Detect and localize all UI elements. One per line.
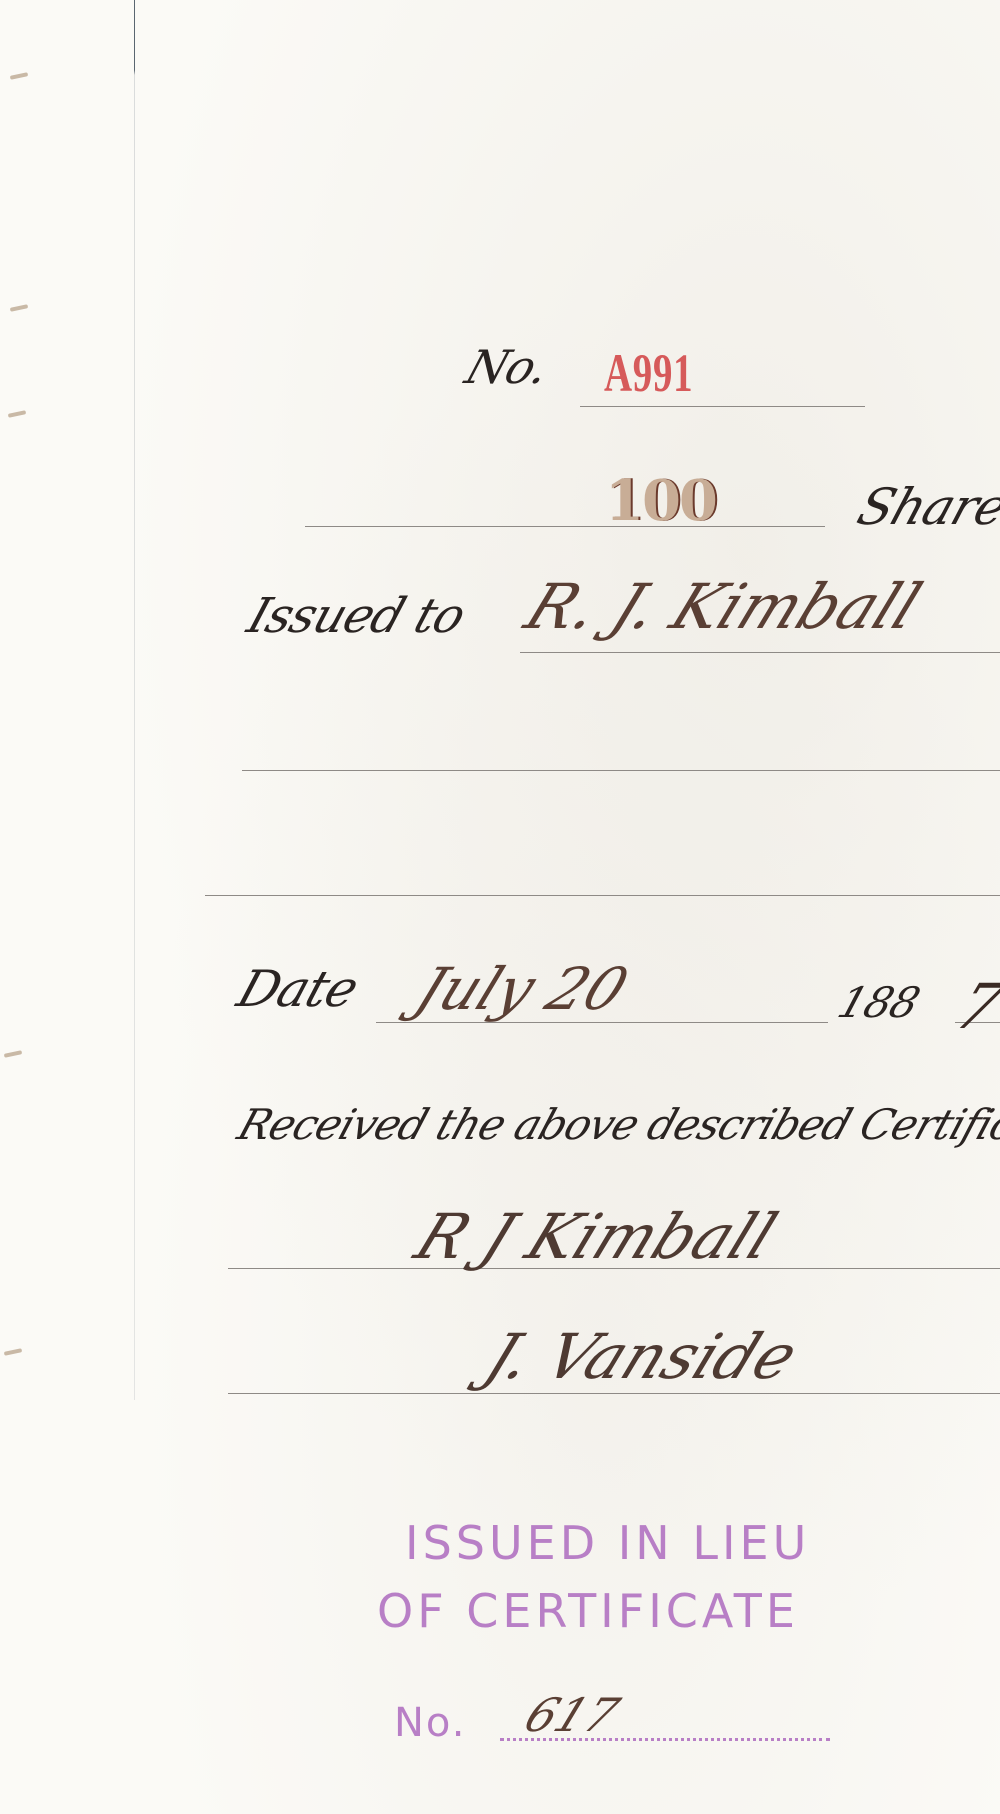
number-label: No.: [459, 340, 555, 394]
shares-label: Shares: [851, 478, 1000, 536]
stamp-line-1: ISSUED IN LIEU: [405, 1516, 810, 1570]
stamp-line-2: OF CERTIFICATE: [377, 1584, 799, 1638]
shares-rule: [305, 526, 825, 527]
shares-count: 100: [605, 468, 716, 534]
issued-to-label: Issued to: [241, 588, 472, 644]
number-rule: [580, 406, 865, 407]
certificate-number: A991: [604, 342, 693, 404]
binding-tear-mark: [10, 304, 28, 312]
receipt-text: Received the above described Certificate: [232, 1100, 1000, 1149]
date-year-suffix: 7: [945, 970, 1000, 1043]
signature-kimball: R J Kimball: [405, 1200, 787, 1273]
issued-to-value: R. J. Kimball: [515, 570, 931, 643]
blank-rule: [205, 895, 1000, 896]
date-label: Date: [231, 960, 365, 1018]
binding-tear-mark: [4, 1348, 22, 1356]
stamp-number-value: 617: [517, 1688, 627, 1742]
blank-rule: [242, 770, 1000, 771]
binding-tear-mark: [8, 410, 26, 418]
stamp-number-label: No.: [394, 1700, 466, 1746]
binding-tear-mark: [4, 1050, 22, 1058]
signature-rule: [228, 1393, 1000, 1394]
date-year-prefix: 188: [832, 978, 925, 1027]
binding-tear-mark: [10, 72, 28, 80]
signature-second: J. Vanside: [475, 1320, 808, 1393]
date-month-day: July 20: [406, 955, 638, 1023]
issued-to-rule: [520, 652, 1000, 653]
binding-margin-line: [134, 0, 135, 1400]
